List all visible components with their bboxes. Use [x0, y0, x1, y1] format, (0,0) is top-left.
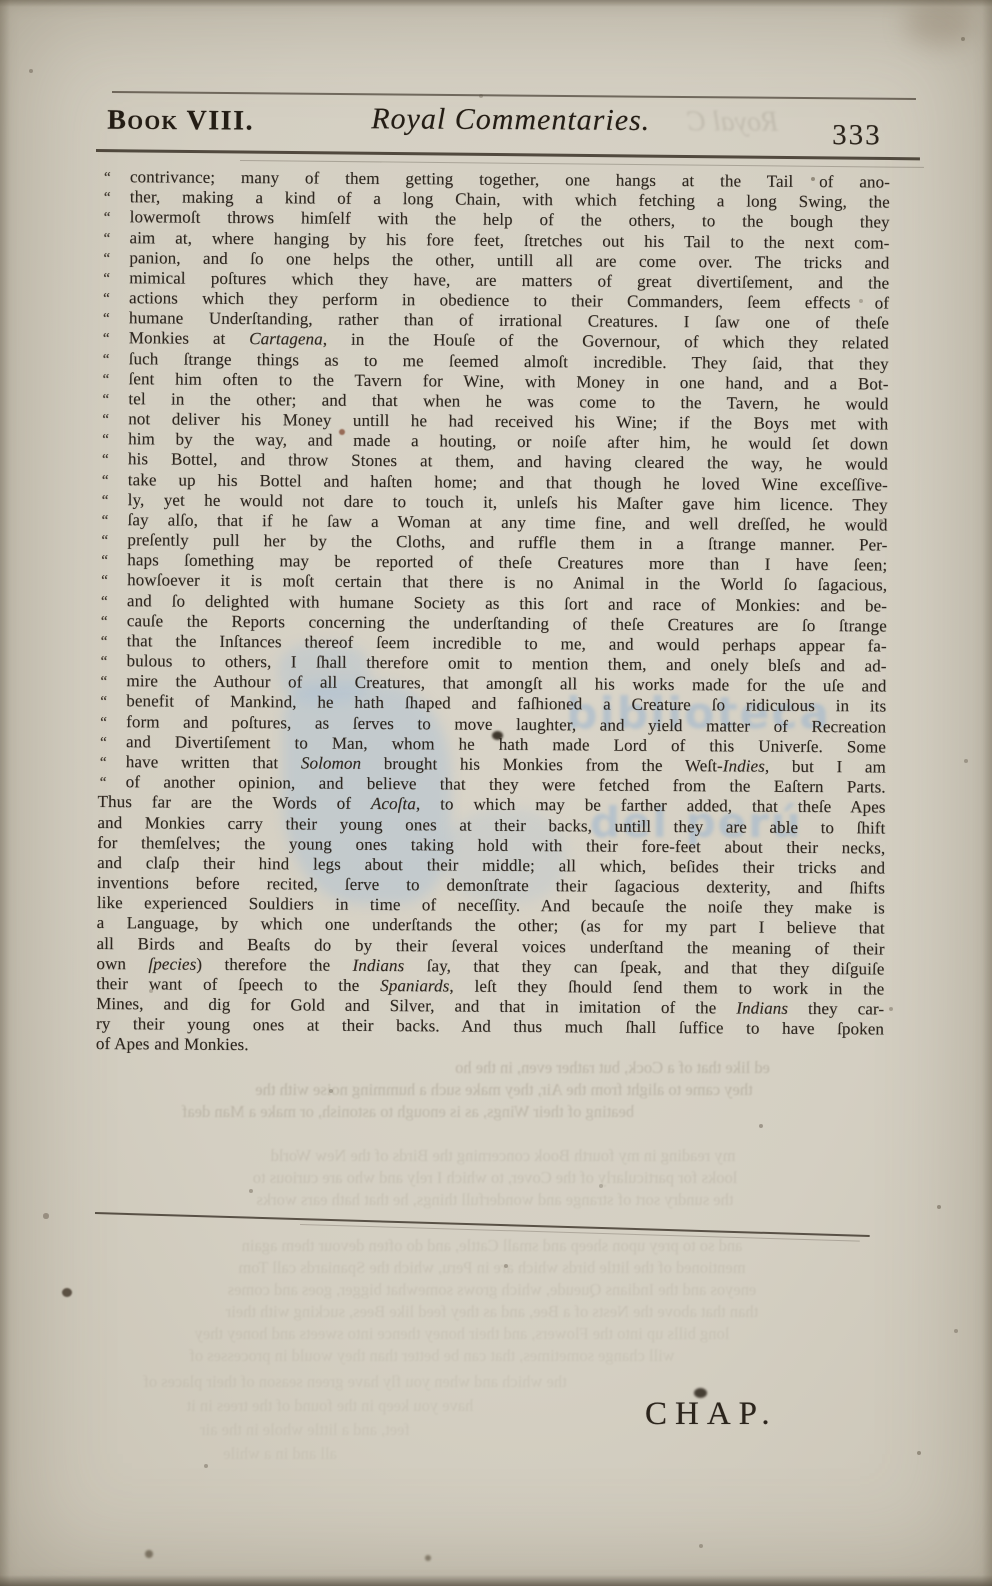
body-text: “contrivance; many of them getting toget…: [96, 167, 890, 1060]
quote-mark: “: [104, 188, 110, 208]
bleedthrough-line: will change sometimes, that can be bette…: [112, 1346, 752, 1366]
quote-mark: “: [103, 269, 109, 289]
paper-stain: [145, 1550, 153, 1558]
paper-stain: [62, 1288, 72, 1297]
book-label: Book VIII.: [107, 105, 254, 138]
paper-stain: [425, 1555, 431, 1561]
quote-mark: “: [104, 168, 110, 188]
quote-mark: “: [101, 632, 107, 652]
bleedthrough-line: than that above the Nests of a Bee, and …: [112, 1302, 872, 1322]
section-rule: [95, 1212, 870, 1237]
bleedthrough-line: the sundry sort of strange and wonderful…: [112, 1190, 878, 1210]
bleedthrough-line: they came to alight from the Air, they m…: [128, 1080, 880, 1100]
quote-mark: “: [102, 471, 108, 491]
quote-mark: “: [101, 592, 107, 612]
quote-mark: “: [101, 551, 107, 571]
quote-mark: “: [101, 511, 107, 531]
bleedthrough-line: ed like that of a Cock, but rather even,…: [345, 1058, 880, 1078]
quote-mark: “: [102, 450, 108, 470]
bleedthrough-line: the which and when you fly have green se…: [120, 1372, 590, 1392]
book-page: biblioteca del perú ed like that of a Co…: [0, 0, 992, 1586]
quote-mark: “: [103, 329, 109, 349]
quote-mark: “: [102, 390, 108, 410]
quote-mark: “: [102, 491, 108, 511]
quote-mark: “: [101, 531, 107, 551]
bleedthrough-line: all and in a while: [120, 1444, 440, 1464]
text-line: of Apes and Monkies.: [96, 1034, 884, 1060]
quote-mark: “: [100, 753, 106, 773]
bleedthrough-line: and so to prey upon sheep and small Catt…: [112, 1236, 872, 1256]
page-number: 333: [832, 119, 882, 152]
paper-specks: [0, 0, 2, 2]
quote-mark: “: [100, 713, 106, 733]
bleedthrough-line: my reading in my fourth Book concerning …: [128, 1146, 878, 1166]
quote-mark: “: [101, 571, 107, 591]
bleedthrough-line: long bills up into the Flowers, and thei…: [112, 1324, 812, 1344]
quote-mark: “: [102, 410, 108, 430]
quote-mark: “: [100, 672, 106, 692]
bleedthrough-line: mentioned of the little birds which are …: [112, 1258, 872, 1278]
quote-mark: “: [100, 733, 106, 753]
bleedthrough-title: Royal C: [687, 106, 778, 139]
quote-mark: “: [103, 309, 109, 329]
bleedthrough-line: beating of their Wings, as is enough to …: [128, 1102, 688, 1122]
quote-mark: “: [101, 612, 107, 632]
catchword: CHAP.: [645, 1396, 778, 1433]
quote-mark: “: [103, 249, 109, 269]
quote-mark: “: [103, 350, 109, 370]
quote-mark: “: [102, 430, 108, 450]
bleedthrough-line: have you keep in the found of the trees …: [120, 1396, 540, 1416]
quote-mark: “: [104, 208, 110, 228]
quote-mark: “: [100, 652, 106, 672]
bleedthrough-line: feet, and a little whole in the air: [120, 1420, 490, 1440]
quote-mark: “: [103, 229, 109, 249]
running-title: Royal Commentaries.: [371, 102, 650, 138]
bleedthrough-line: eneyos and the Indians Queude, which gro…: [112, 1280, 872, 1300]
quote-mark: “: [102, 370, 108, 390]
quote-mark: “: [100, 773, 106, 793]
bleedthrough-line: looks for particularly of the Cover, to …: [112, 1168, 878, 1188]
quote-mark: “: [103, 289, 109, 309]
quote-mark: “: [100, 692, 106, 712]
